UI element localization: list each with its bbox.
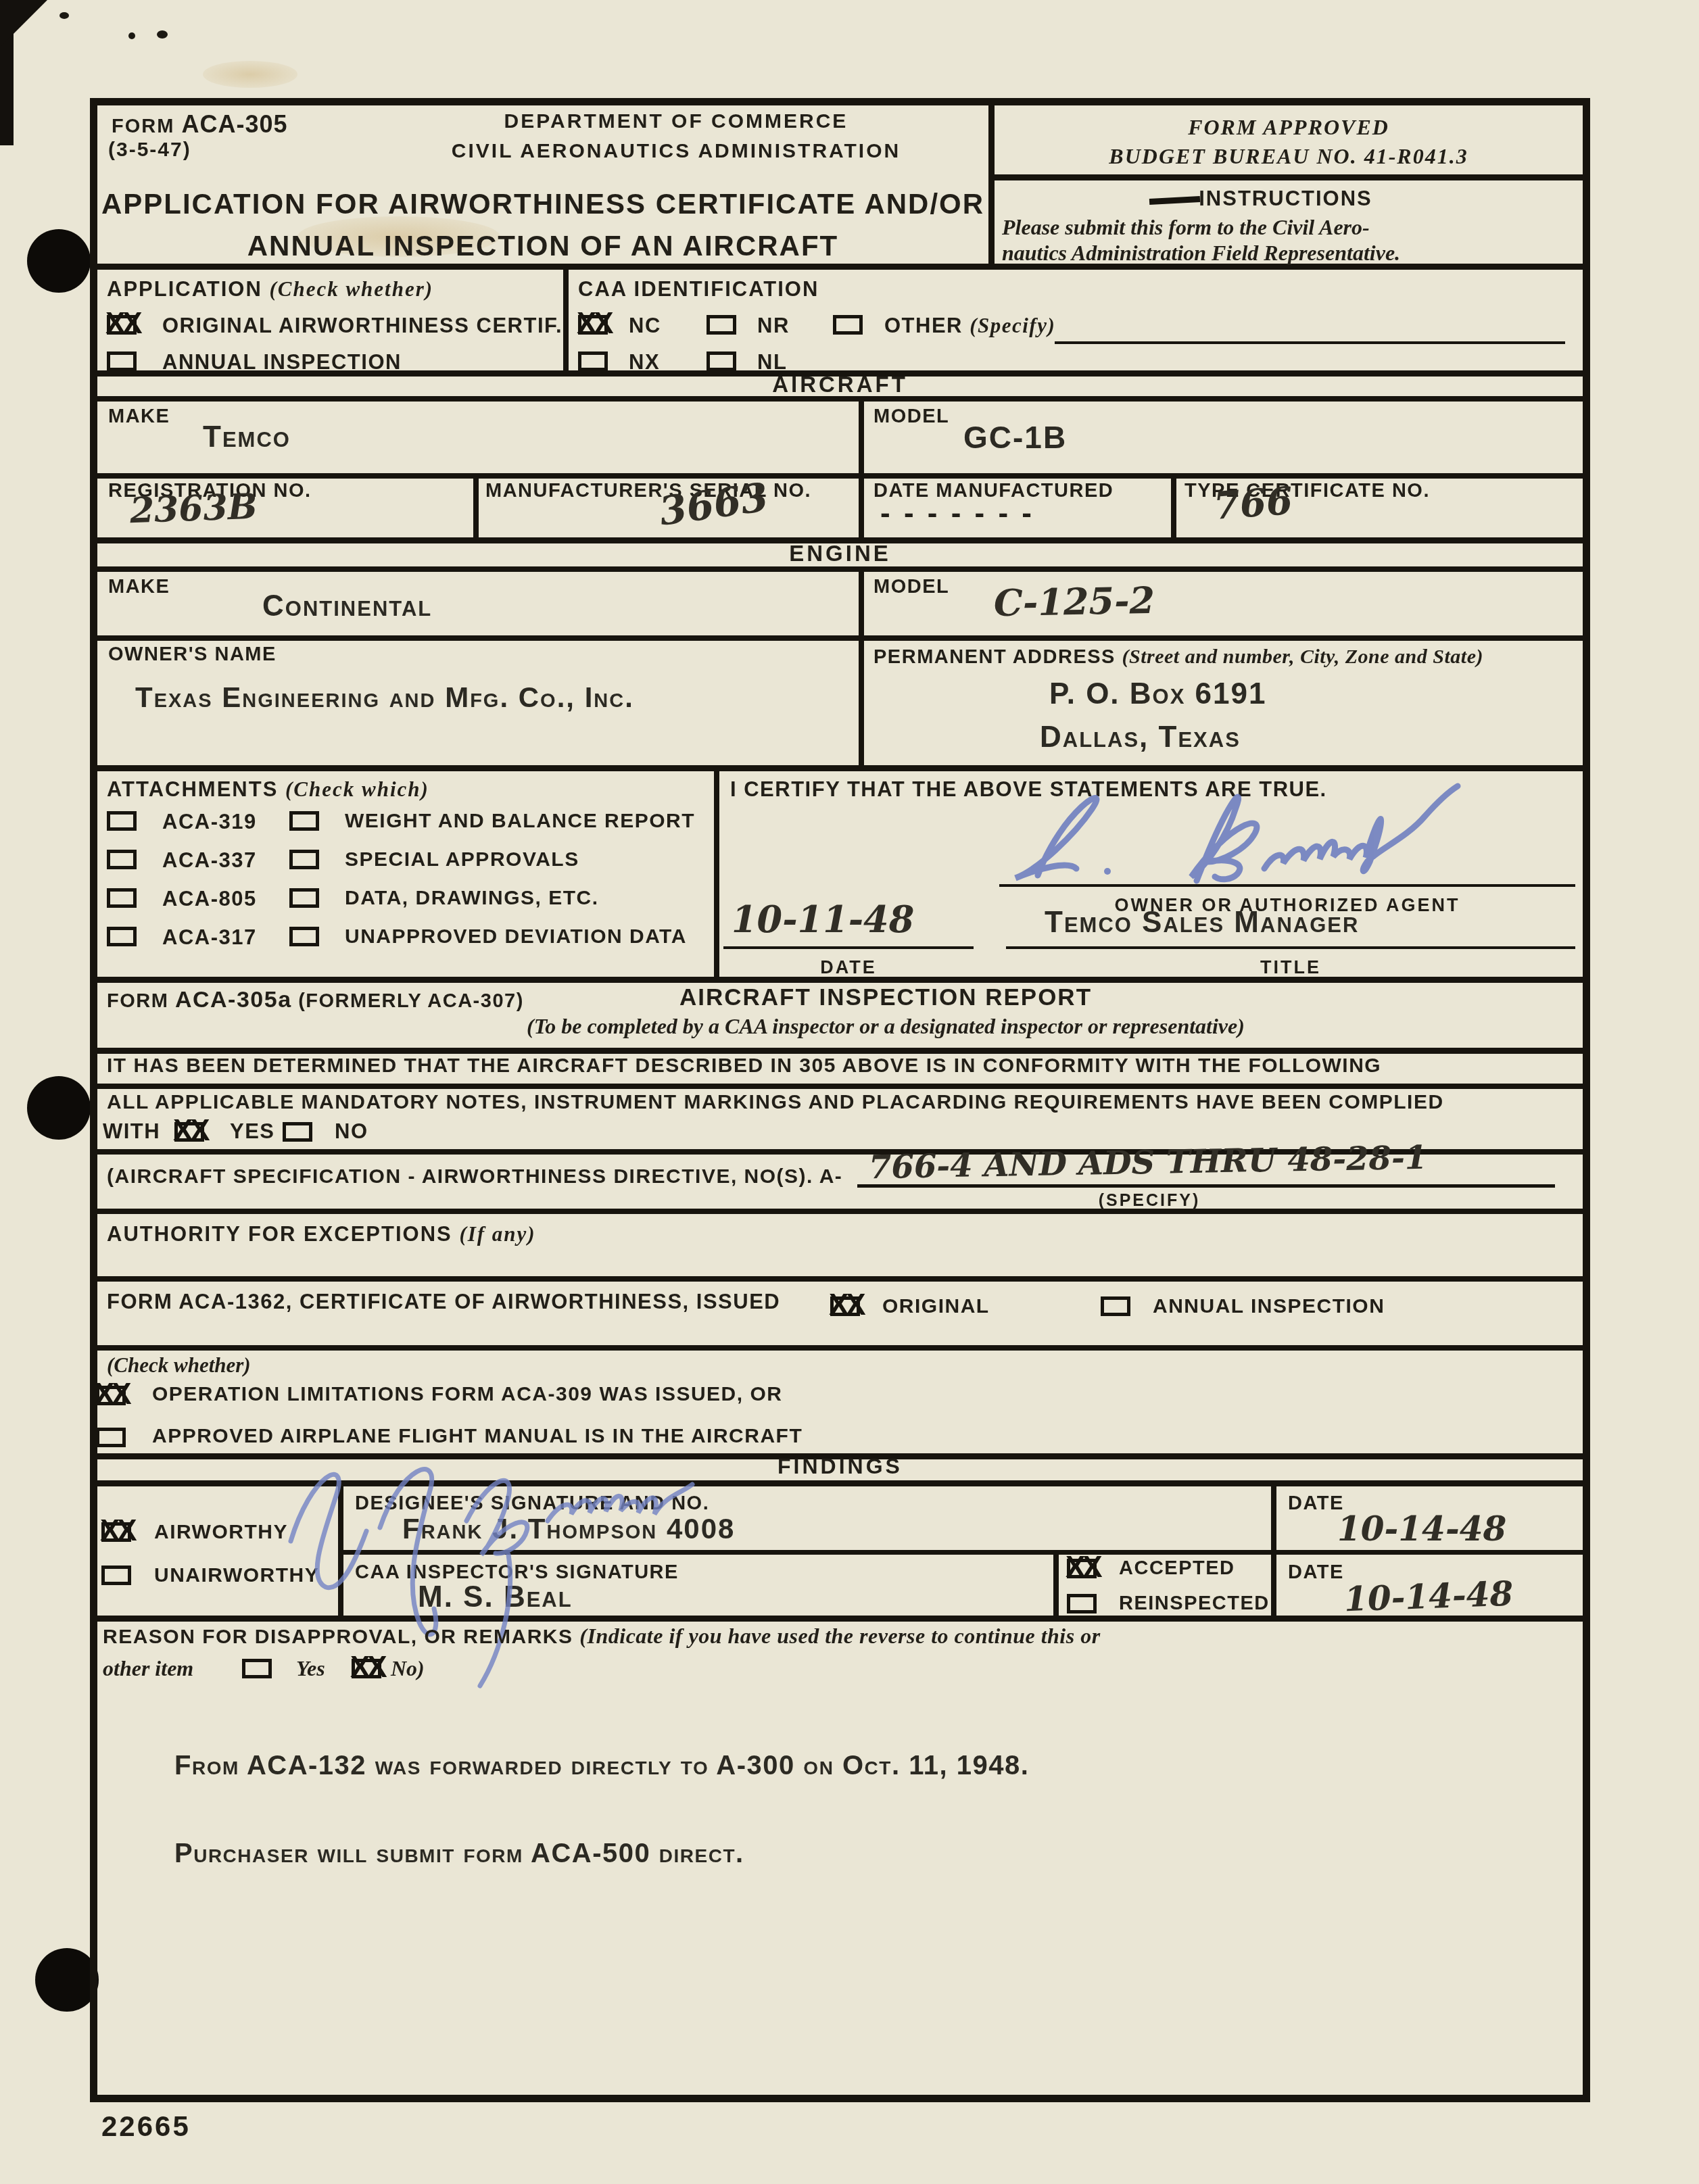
owner-name-value: Texas Engineering and Mfg. Co., Inc. xyxy=(135,681,634,714)
permanent-address-label-note: (Street and number, City, Zone and State… xyxy=(1122,646,1483,668)
designee-date-value: 10-14-48 xyxy=(1337,1509,1506,1549)
spec-label: (AIRCRAFT SPECIFICATION - AIRWORTHINESS … xyxy=(107,1165,842,1188)
checkbox-airworthy[interactable]: XX xyxy=(101,1522,131,1542)
rule xyxy=(1271,1480,1276,1616)
rule xyxy=(859,635,864,765)
report-subheading: (To be completed by a CAA inspector or a… xyxy=(189,1014,1582,1039)
remarks-label-text: REASON FOR DISAPPROVAL, OR REMARKS xyxy=(103,1626,573,1648)
checkbox-issued-original[interactable]: XX xyxy=(830,1296,860,1316)
remarks-line1: From ACA-132 was forwarded directly to A… xyxy=(174,1751,1029,1781)
aircraft-model-value: GC-1B xyxy=(963,419,1067,456)
aircraft-band: AIRCRAFT xyxy=(97,372,1583,397)
checkbox-nr[interactable] xyxy=(707,315,736,335)
certify-title-line[interactable] xyxy=(1006,946,1575,949)
checkbox-aca-317[interactable] xyxy=(107,927,137,946)
checkbox-nx[interactable] xyxy=(578,351,608,371)
rule xyxy=(97,765,1583,771)
instructions-title: INSTRUCTIONS xyxy=(988,187,1583,211)
aircraft-model-label: MODEL xyxy=(874,406,949,428)
remarks-note2: other item xyxy=(103,1656,193,1681)
label-other-text: OTHER xyxy=(884,314,963,337)
address-line1: P. O. Box 6191 xyxy=(1049,677,1266,711)
engine-make-label: MAKE xyxy=(108,576,170,598)
checkbox-nc[interactable]: XX xyxy=(578,315,608,335)
attachment-form-2: ACA-337 xyxy=(162,848,257,873)
permanent-address-label-text: PERMANENT ADDRESS xyxy=(874,646,1116,668)
form-approved-line2: BUDGET BUREAU NO. 41-R041.3 xyxy=(995,144,1583,169)
other-specify-field[interactable] xyxy=(1055,341,1565,344)
rule xyxy=(97,1209,1583,1214)
label-reverse-yes: Yes xyxy=(296,1656,325,1681)
checkbox-unapproved-deviation[interactable] xyxy=(289,927,319,946)
checkbox-original-airworthiness[interactable]: XX xyxy=(107,315,137,335)
paper-stain xyxy=(203,61,297,88)
department-line1: DEPARTMENT OF COMMERCE xyxy=(379,110,974,133)
report-determined: IT HAS BEEN DETERMINED THAT THE AIRCRAFT… xyxy=(107,1054,1381,1077)
label-operation-limitations: OPERATION LIMITATIONS FORM ACA-309 WAS I… xyxy=(152,1383,782,1406)
remarks-label: REASON FOR DISAPPROVAL, OR REMARKS (Indi… xyxy=(103,1624,1101,1649)
certify-title-value: Temco Sales Manager xyxy=(1045,906,1359,940)
engine-make-value: Continental xyxy=(262,589,432,623)
report-form-number: ACA-305a xyxy=(175,987,292,1013)
checkbox-other[interactable] xyxy=(833,315,863,335)
option-original-airworthiness: ORIGINAL AIRWORTHINESS CERTIF. xyxy=(162,314,563,338)
checkbox-nl[interactable] xyxy=(707,351,736,371)
certify-date-line[interactable] xyxy=(723,946,974,949)
form-revision: (3-5-47) xyxy=(108,139,191,162)
checkbox-annual-inspection[interactable] xyxy=(107,351,137,371)
checkbox-accepted[interactable]: XX xyxy=(1067,1559,1097,1578)
check-mark: XX xyxy=(173,1116,208,1146)
aca1362-label: FORM ACA-1362, CERTIFICATE OF AIRWORTHIN… xyxy=(107,1290,780,1314)
owner-name-label: OWNER'S NAME xyxy=(108,644,277,666)
date-manufactured-value: - - - - - - - xyxy=(880,497,1034,531)
checkbox-complied-yes[interactable]: XX xyxy=(174,1122,204,1142)
checkbox-issued-annual[interactable] xyxy=(1101,1296,1130,1316)
check-mark: XX xyxy=(829,1290,863,1320)
label-nx: NX xyxy=(629,350,660,374)
punch-hole xyxy=(27,229,91,293)
check-mark: XX xyxy=(1066,1553,1100,1582)
authority-label-note: (If any) xyxy=(459,1222,535,1246)
label-issued-original: ORIGINAL xyxy=(882,1295,990,1318)
label-yes: YES xyxy=(230,1119,275,1144)
checkbox-aca-805[interactable] xyxy=(107,888,137,908)
engine-model-label: MODEL xyxy=(874,576,949,598)
attachments-label-text: ATTACHMENTS xyxy=(107,777,278,801)
rule xyxy=(97,566,1583,572)
owner-signature-ink xyxy=(974,774,1582,899)
rule xyxy=(988,174,1583,180)
rule xyxy=(1053,1550,1059,1616)
checkbox-special-approvals[interactable] xyxy=(289,850,319,869)
form-title-line1: APPLICATION FOR AIRWORTHINESS CERTIFICAT… xyxy=(97,188,988,220)
form-number: ACA-305 xyxy=(181,110,287,138)
checkbox-flight-manual[interactable] xyxy=(96,1428,126,1447)
label-no: NO xyxy=(335,1119,368,1144)
page-corner-fold xyxy=(0,0,47,47)
remarks-line2: Purchaser will submit form ACA-500 direc… xyxy=(174,1839,744,1869)
rule xyxy=(1171,473,1176,537)
attachment-item-1: WEIGHT AND BALANCE REPORT xyxy=(345,810,695,833)
attachment-form-1: ACA-319 xyxy=(162,810,257,834)
remarks-note1: (Indicate if you have used the reverse t… xyxy=(579,1624,1100,1648)
report-complied: ALL APPLICABLE MANDATORY NOTES, INSTRUME… xyxy=(107,1091,1444,1114)
label-nr: NR xyxy=(757,314,790,338)
label-reinspected: REINSPECTED xyxy=(1119,1593,1270,1615)
designee-date-label: DATE xyxy=(1288,1493,1344,1515)
report-form-line: FORM ACA-305a (FORMERLY ACA-307) xyxy=(107,987,524,1013)
attachment-item-4: UNAPPROVED DEVIATION DATA xyxy=(345,925,687,948)
check-mark: XX xyxy=(350,1653,385,1682)
checkbox-aca-337[interactable] xyxy=(107,850,137,869)
rule xyxy=(97,1084,1583,1089)
checkbox-weight-balance[interactable] xyxy=(289,811,319,831)
check-whether-note: (Check whether) xyxy=(107,1353,251,1378)
attachment-item-3: DATA, DRAWINGS, ETC. xyxy=(345,887,599,910)
application-label-note: (Check whether) xyxy=(269,277,433,301)
checkbox-unairworthy[interactable] xyxy=(101,1566,131,1585)
option-annual-inspection: ANNUAL INSPECTION xyxy=(162,350,402,374)
ink-speck xyxy=(128,32,135,39)
rule xyxy=(988,105,995,264)
owner-signature-line[interactable] xyxy=(999,884,1575,887)
aircraft-make-label: MAKE xyxy=(108,406,170,428)
attachment-item-2: SPECIAL APPROVALS xyxy=(345,848,579,871)
rule xyxy=(97,1276,1583,1282)
type-certificate-value: 766 xyxy=(1212,479,1294,529)
checkbox-reverse-yes[interactable] xyxy=(242,1659,272,1678)
rule xyxy=(97,635,1583,641)
punch-hole xyxy=(27,1076,91,1140)
check-mark: XX xyxy=(100,1516,135,1546)
rule xyxy=(97,473,1583,479)
check-mark: XX xyxy=(105,309,140,339)
scanned-form-page: FORM ACA-305 (3-5-47) DEPARTMENT OF COMM… xyxy=(0,0,1699,2184)
with-label: WITH xyxy=(103,1119,160,1144)
application-label: APPLICATION (Check whether) xyxy=(107,277,433,301)
attachments-label: ATTACHMENTS (Check which) xyxy=(107,777,429,802)
rule xyxy=(563,264,569,370)
attachment-form-4: ACA-317 xyxy=(162,925,257,950)
attachments-label-note: (Check which) xyxy=(285,777,429,801)
spec-field-line[interactable] xyxy=(857,1184,1555,1188)
ink-speck xyxy=(59,12,69,19)
engine-band: ENGINE xyxy=(97,541,1583,566)
label-reverse-no: No) xyxy=(391,1656,425,1681)
certify-date-value: 10-11-48 xyxy=(732,898,914,941)
rule xyxy=(473,473,479,537)
form-approved-line1: FORM APPROVED xyxy=(995,115,1583,140)
checkbox-reinspected[interactable] xyxy=(1067,1594,1097,1613)
registration-value: 2363B xyxy=(129,486,258,532)
application-label-text: APPLICATION xyxy=(107,277,262,301)
label-nl: NL xyxy=(757,350,787,374)
punch-hole xyxy=(35,1948,99,2012)
aircraft-make-value: Temco xyxy=(203,420,291,454)
label-other-note: (Specify) xyxy=(970,314,1055,337)
certify-date-caption: DATE xyxy=(723,957,974,978)
checkbox-complied-no[interactable] xyxy=(283,1122,312,1142)
inspector-date-value: 10-14-48 xyxy=(1343,1574,1514,1620)
ink-speck xyxy=(157,30,168,39)
label-accepted: ACCEPTED xyxy=(1119,1557,1235,1580)
permanent-address-label: PERMANENT ADDRESS (Street and number, Ci… xyxy=(874,644,1570,671)
authority-label-text: AUTHORITY FOR EXCEPTIONS xyxy=(107,1222,452,1246)
form-label: FORM xyxy=(112,116,174,137)
rule xyxy=(859,566,864,635)
checkbox-operation-limitations[interactable]: XX xyxy=(96,1386,126,1405)
instructions-body-line1: Please submit this form to the Civil Aer… xyxy=(1002,215,1370,240)
rule xyxy=(859,473,864,537)
address-line2: Dallas, Texas xyxy=(1040,721,1241,754)
designee-signature-ink xyxy=(264,1419,777,1703)
check-mark: XX xyxy=(577,309,611,339)
report-formerly: (FORMERLY ACA-307) xyxy=(298,990,524,1012)
rule xyxy=(859,396,864,473)
certify-title-caption: TITLE xyxy=(1006,957,1575,978)
report-form-label: FORM xyxy=(107,990,168,1012)
attachment-form-3: ACA-805 xyxy=(162,887,257,911)
authority-label: AUTHORITY FOR EXCEPTIONS (If any) xyxy=(107,1222,536,1246)
checkbox-reverse-no[interactable]: XX xyxy=(352,1659,381,1678)
rule xyxy=(714,765,719,977)
instructions-body-line2: nautics Administration Field Representat… xyxy=(1002,241,1400,266)
caa-identification-label: CAA IDENTIFICATION xyxy=(578,277,819,301)
rule xyxy=(97,1345,1583,1351)
engine-model-value: C-125-2 xyxy=(993,579,1155,625)
report-heading: AIRCRAFT INSPECTION REPORT xyxy=(595,984,1176,1011)
label-issued-annual: ANNUAL INSPECTION xyxy=(1153,1295,1385,1318)
form-number-line: FORM ACA-305 xyxy=(112,110,287,139)
inspector-date-label: DATE xyxy=(1288,1561,1344,1584)
form-title-line2: ANNUAL INSPECTION OF AN AIRCRAFT xyxy=(97,230,988,262)
check-mark: XX xyxy=(95,1380,129,1409)
page-serial-number: 22665 xyxy=(101,2110,191,2143)
checkbox-data-drawings[interactable] xyxy=(289,888,319,908)
department-line2: CIVIL AERONAUTICS ADMINISTRATION xyxy=(379,140,974,163)
checkbox-aca-319[interactable] xyxy=(107,811,137,831)
rule xyxy=(97,1048,1583,1054)
specify-caption: (SPECIFY) xyxy=(974,1191,1325,1211)
label-nc: NC xyxy=(629,314,661,338)
label-other: OTHER (Specify) xyxy=(884,314,1055,338)
